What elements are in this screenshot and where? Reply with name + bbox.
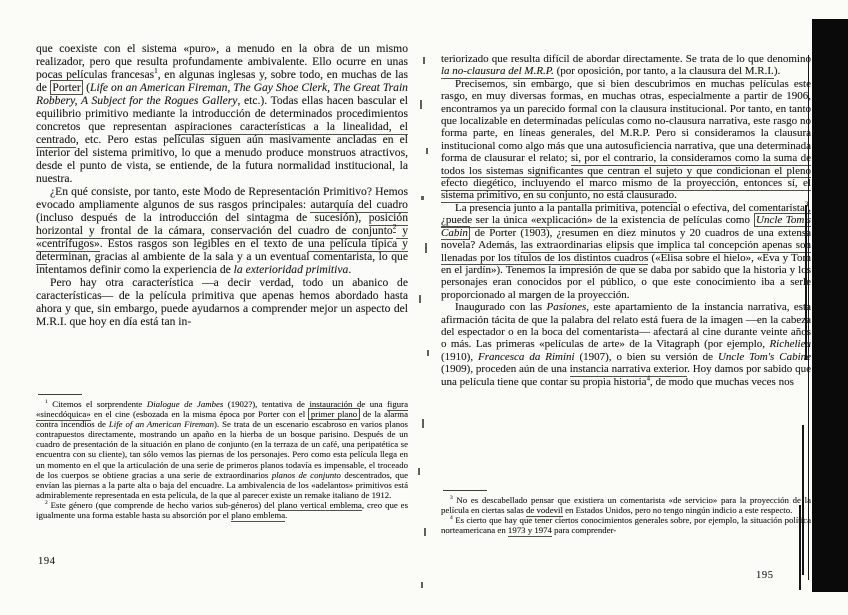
footnote: 1 Citemos el sorprendente Dialogue de Ja… <box>36 399 408 500</box>
paragraph: Inaugurado con las Pasiones, este aparta… <box>441 301 811 388</box>
scan-artifact <box>421 196 424 200</box>
page-edge-line <box>805 205 807 360</box>
book-spine-shadow <box>812 19 848 592</box>
paragraph: Pero hay otra característica —a decir ve… <box>36 276 408 328</box>
scan-artifact <box>426 148 428 154</box>
page-number-right: 195 <box>756 570 774 581</box>
paragraph: La presencia junto a la pantalla primiti… <box>441 202 811 301</box>
page-number-left: 194 <box>38 556 56 567</box>
scan-artifact <box>420 100 422 109</box>
footnote: 4 Es cierto que hay que tener ciertos co… <box>441 515 811 535</box>
scan-artifact <box>424 528 426 536</box>
scan-artifact <box>423 57 425 64</box>
paragraph: Precisemos, sin embargo, que si bien des… <box>441 78 811 202</box>
page-edge-line <box>802 425 804 575</box>
footnote-list: 1 Citemos el sorprendente Dialogue de Ja… <box>36 399 408 520</box>
scan-artifact <box>427 350 429 356</box>
right-page-footnotes: 3 No es descabellado pensar que existier… <box>441 490 811 535</box>
scan-artifact <box>425 243 427 253</box>
page-edge-line <box>808 55 809 580</box>
left-page-footnotes: 1 Citemos el sorprendente Dialogue de Ja… <box>36 394 408 520</box>
footnote: 3 No es descabellado pensar que existier… <box>441 495 811 515</box>
scan-artifact <box>419 295 421 303</box>
paragraph: teriorizado que resulta difícil de abord… <box>441 53 811 78</box>
footnote-separator <box>443 490 487 491</box>
right-page-body: teriorizado que resulta difícil de abord… <box>441 53 811 388</box>
left-page-body: que coexiste con el sistema «puro», a me… <box>36 42 408 328</box>
scan-artifact <box>418 468 420 475</box>
footnote-separator <box>38 394 82 395</box>
paragraph: que coexiste con el sistema «puro», a me… <box>36 42 408 185</box>
page-edge-line <box>799 505 801 590</box>
paragraph: ¿En qué consiste, por tanto, este Modo d… <box>36 185 408 276</box>
scan-artifact <box>422 419 424 428</box>
footnote: 2 Este género (que comprende de hecho va… <box>36 500 408 520</box>
footnote-list: 3 No es descabellado pensar que existier… <box>441 495 811 535</box>
scanned-book-spread: que coexiste con el sistema «puro», a me… <box>0 0 848 615</box>
scan-artifact <box>421 582 423 588</box>
